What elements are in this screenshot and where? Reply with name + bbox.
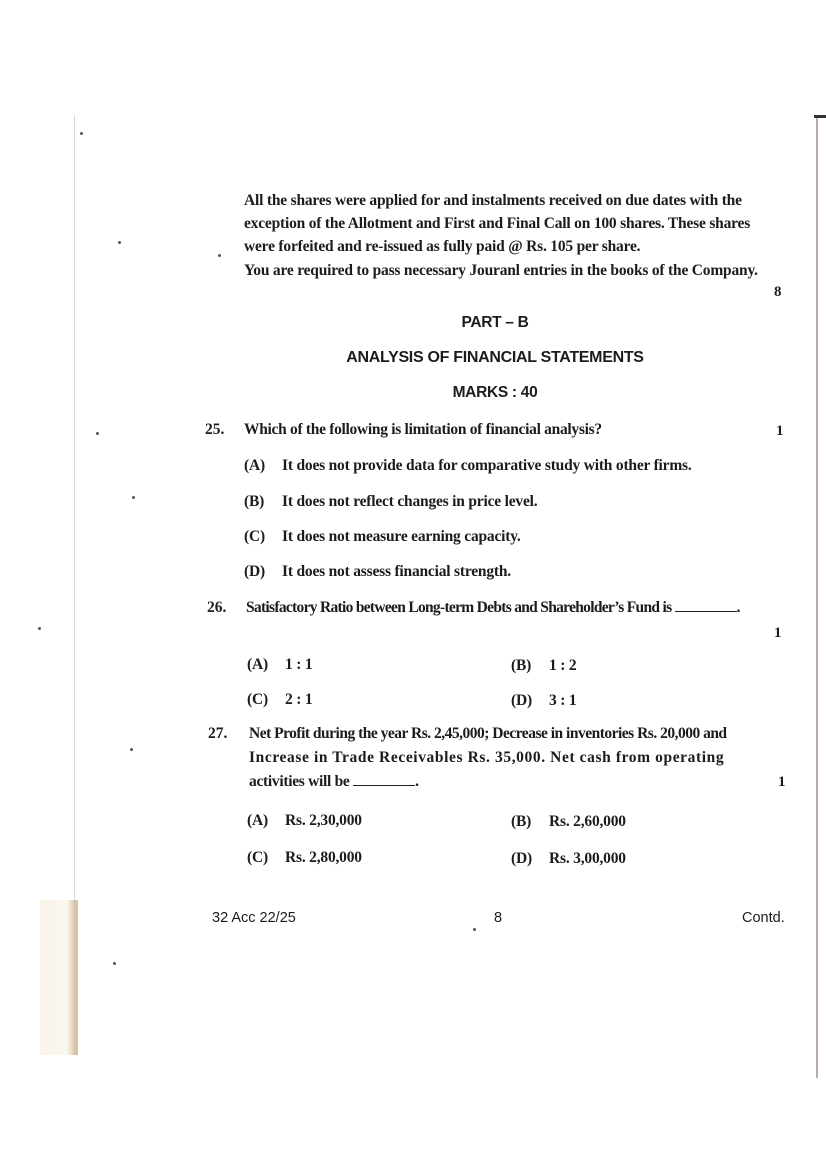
option-label: (C): [247, 691, 285, 709]
question-line-text: Increase in Trade Receivables Rs. 35,000…: [249, 746, 724, 770]
question-line-text: activities will be: [249, 773, 350, 790]
speck: [218, 254, 221, 257]
question-number: 25.: [205, 421, 224, 439]
question-line: Increase in Trade Receivables Rs. 35,000…: [249, 746, 789, 770]
speck: [113, 962, 116, 965]
intro-line: were forfeited and re-issued as fully pa…: [244, 235, 784, 258]
option-label: (D): [511, 692, 549, 710]
exam-page: All the shares were applied for and inst…: [0, 0, 826, 1169]
option-text: Rs. 2,60,000: [549, 813, 626, 830]
option-text: It does not reflect changes in price lev…: [282, 493, 537, 510]
option-text: It does not provide data for comparative…: [282, 457, 692, 474]
question-number: 27.: [208, 725, 227, 743]
option-label: (D): [511, 850, 549, 868]
option-label: (A): [244, 457, 282, 475]
option-a: (A)1 : 1: [247, 656, 312, 674]
option-text: 2 : 1: [285, 691, 312, 708]
option-text: It does not assess financial strength.: [282, 563, 511, 580]
option-text: 1 : 2: [549, 657, 576, 674]
section-title: ANALYSIS OF FINANCIAL STATEMENTS: [230, 349, 760, 367]
answer-blank: [675, 599, 737, 612]
intro-line: All the shares were applied for and inst…: [244, 189, 784, 212]
question-line: activities will be .: [249, 770, 789, 794]
section-marks: MARKS : 40: [230, 384, 760, 402]
option-c: (C)It does not measure earning capacity.: [244, 528, 521, 546]
option-label: (B): [244, 493, 282, 511]
period: .: [737, 599, 740, 616]
option-text: 3 : 1: [549, 692, 576, 709]
option-text: 1 : 1: [285, 656, 312, 673]
option-b: (B)1 : 2: [511, 657, 576, 675]
option-label: (A): [247, 656, 285, 674]
speck: [473, 928, 476, 931]
question-text: Satisfactory Ratio between Long-term Deb…: [246, 599, 671, 616]
intro-instruction: You are required to pass necessary Joura…: [244, 259, 784, 282]
question-text-wrap: Satisfactory Ratio between Long-term Deb…: [246, 596, 740, 620]
option-label: (C): [247, 849, 285, 867]
part-heading: PART – B: [230, 314, 760, 332]
speck: [38, 627, 41, 630]
question-text: Which of the following is limitation of …: [244, 418, 602, 442]
option-text: Rs. 2,30,000: [285, 812, 362, 829]
option-text: It does not measure earning capacity.: [282, 528, 521, 545]
marks-intro: 8: [774, 284, 782, 301]
speck: [118, 241, 121, 244]
speck: [80, 132, 83, 135]
option-text: Rs. 3,00,000: [549, 850, 626, 867]
scan-edge-right: [816, 118, 818, 1078]
option-b: (B)It does not reflect changes in price …: [244, 493, 537, 511]
option-d: (D)Rs. 3,00,000: [511, 850, 626, 868]
speck: [130, 748, 133, 751]
answer-blank: [353, 773, 415, 786]
option-label: (B): [511, 813, 549, 831]
option-a: (A)Rs. 2,30,000: [247, 812, 362, 830]
option-c: (C)Rs. 2,80,000: [247, 849, 362, 867]
question-text: Net Profit during the year Rs. 2,45,000;…: [249, 722, 789, 794]
option-text: Rs. 2,80,000: [285, 849, 362, 866]
question-marks: 1: [776, 423, 784, 440]
intro-paragraph: All the shares were applied for and inst…: [244, 189, 784, 282]
option-b: (B)Rs. 2,60,000: [511, 813, 626, 831]
speck: [96, 432, 99, 435]
option-d: (D)3 : 1: [511, 692, 576, 710]
contd-label: Contd.: [742, 910, 785, 926]
question-number: 26.: [207, 599, 226, 617]
option-label: (C): [244, 528, 282, 546]
question-marks: 1: [778, 774, 786, 791]
question-marks: 1: [774, 625, 782, 642]
option-label: (A): [247, 812, 285, 830]
paper-code: 32 Acc 22/25: [212, 910, 296, 926]
scan-edge-tick: [814, 115, 826, 118]
speck: [132, 496, 135, 499]
option-label: (B): [511, 657, 549, 675]
scan-shadow: [40, 900, 78, 1055]
intro-line: exception of the Allotment and First and…: [244, 212, 784, 235]
option-a: (A)It does not provide data for comparat…: [244, 457, 692, 475]
option-label: (D): [244, 563, 282, 581]
period: .: [415, 773, 419, 790]
option-d: (D)It does not assess financial strength…: [244, 563, 511, 581]
option-c: (C)2 : 1: [247, 691, 312, 709]
page-number: 8: [494, 910, 502, 926]
question-line: Net Profit during the year Rs. 2,45,000;…: [249, 722, 789, 746]
